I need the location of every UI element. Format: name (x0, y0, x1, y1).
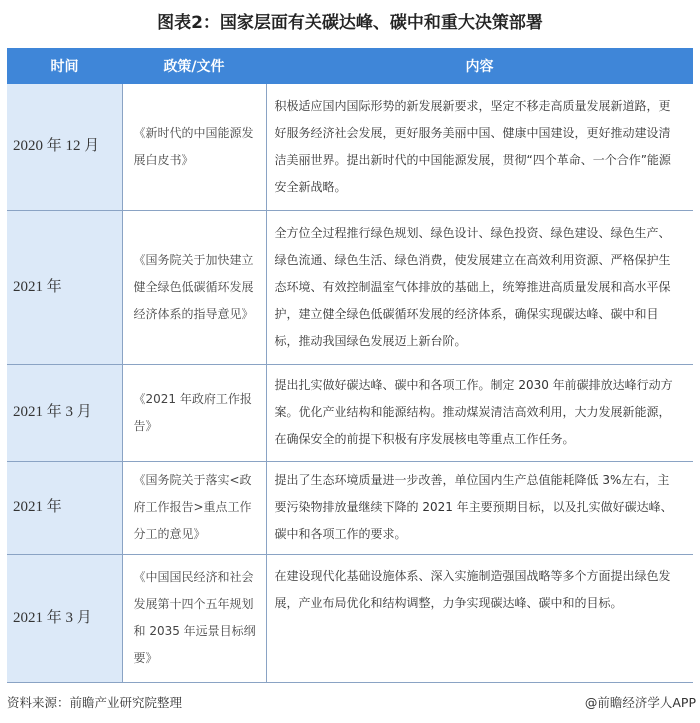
header-policy: 政策/文件 (122, 48, 266, 84)
cell-policy: 《国务院关于落实<政府工作报告>重点工作分工的意见》 (122, 461, 266, 554)
cell-content: 提出扎实做好碳达峰、碳中和各项工作。制定 2030 年前碳排放达峰行动方案。优化… (266, 364, 693, 461)
table-row: 2020 年 12 月 《新时代的中国能源发展白皮书》 积极适应国内国际形势的新… (7, 84, 693, 210)
header-content: 内容 (266, 48, 693, 84)
table-row: 2021 年 3 月 《2021 年政府工作报告》 提出扎实做好碳达峰、碳中和各… (7, 364, 693, 461)
cell-time: 2021 年 3 月 (7, 554, 122, 682)
table-row: 2021 年 3 月 《中国国民经济和社会发展第十四个五年规划和 2035 年远… (7, 554, 693, 682)
cell-policy: 《2021 年政府工作报告》 (122, 364, 266, 461)
cell-content: 提出了生态环境质量进一步改善，单位国内生产总值能耗降低 3%左右，主要污染物排放… (266, 461, 693, 554)
credit-note: @前瞻经济学人APP (585, 693, 696, 711)
table-row: 2021 年 《国务院关于加快建立健全绿色低碳循环发展经济体系的指导意见》 全方… (7, 210, 693, 364)
cell-content: 积极适应国内国际形势的新发展新要求，坚定不移走高质量发展新道路，更好服务经济社会… (266, 84, 693, 210)
cell-content: 在建设现代化基础设施体系、深入实施制造强国战略等多个方面提出绿色发展，产业布局优… (266, 554, 693, 682)
figure-title: 图表2：国家层面有关碳达峰、碳中和重大决策部署 (0, 8, 700, 33)
cell-policy: 《国务院关于加快建立健全绿色低碳循环发展经济体系的指导意见》 (122, 210, 266, 364)
header-time: 时间 (7, 48, 122, 84)
cell-policy: 《中国国民经济和社会发展第十四个五年规划和 2035 年远景目标纲要》 (122, 554, 266, 682)
table-row: 2021 年 《国务院关于落实<政府工作报告>重点工作分工的意见》 提出了生态环… (7, 461, 693, 554)
cell-time: 2020 年 12 月 (7, 84, 122, 210)
cell-time: 2021 年 (7, 210, 122, 364)
cell-policy: 《新时代的中国能源发展白皮书》 (122, 84, 266, 210)
policy-table: 时间 政策/文件 内容 2020 年 12 月 《新时代的中国能源发展白皮书》 … (7, 48, 693, 683)
cell-time: 2021 年 (7, 461, 122, 554)
cell-content: 全方位全过程推行绿色规划、绿色设计、绿色投资、绿色建设、绿色生产、绿色流通、绿色… (266, 210, 693, 364)
cell-time: 2021 年 3 月 (7, 364, 122, 461)
table-header-row: 时间 政策/文件 内容 (7, 48, 693, 84)
source-note: 资料来源：前瞻产业研究院整理 (7, 693, 182, 711)
